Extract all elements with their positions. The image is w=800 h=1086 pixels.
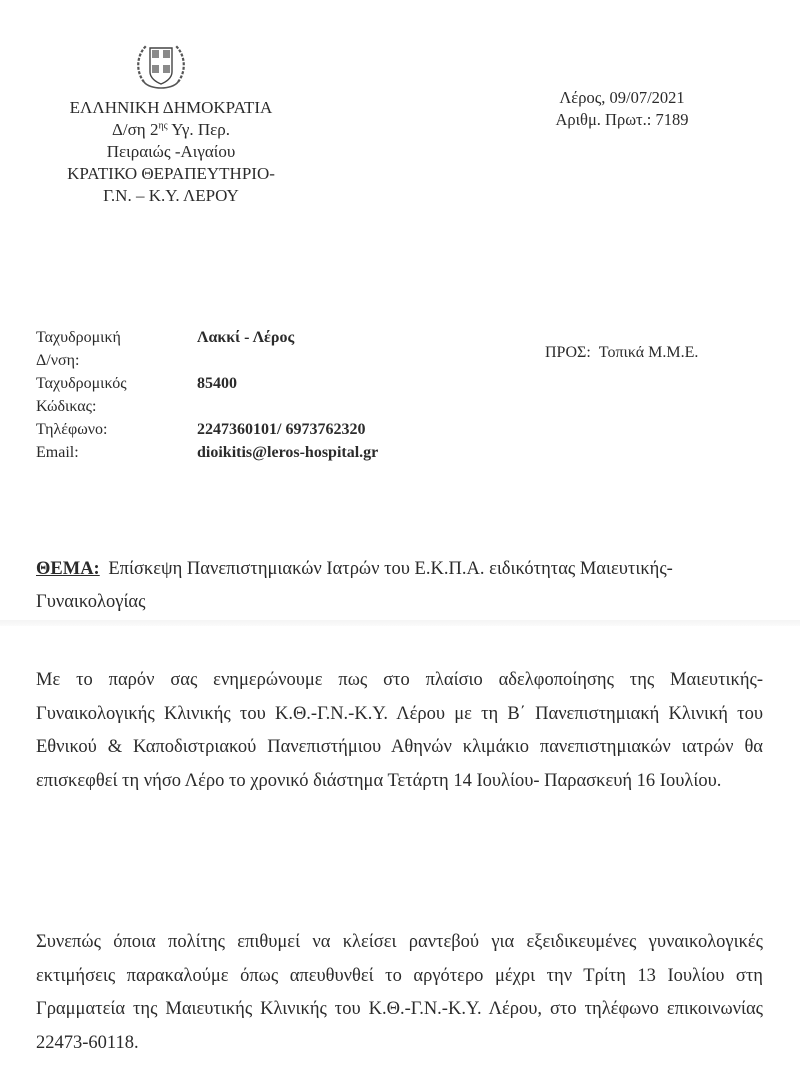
address-label-line1: Ταχυδρομική <box>36 329 121 346</box>
greek-coat-of-arms-icon <box>134 38 188 94</box>
issuer-block: ΕΛΛΗΝΙΚΗ ΔΗΜΟΚΡΑΤΙΑ Δ/ση 2ης Υγ. Περ. Πε… <box>40 97 302 207</box>
issuer-line-institution: ΚΡΑΤΙΚΟ ΘΕΡΑΠΕΥΤΗΡΙΟ- <box>40 163 302 185</box>
issuer-line-directorate: Δ/ση 2ης Υγ. Περ. <box>40 119 302 141</box>
body-paragraph: Συνεπώς όποια πολίτης επιθυμεί να κλείσε… <box>36 926 763 1060</box>
subject: ΘΕΜΑ: Επίσκεψη Πανεπιστημιακών Ιατρών το… <box>36 553 762 619</box>
issuer-line-country: ΕΛΛΗΝΙΚΗ ΔΗΜΟΚΡΑΤΙΑ <box>40 97 302 119</box>
page-divider <box>0 620 800 626</box>
directorate-ordinal: ης <box>158 120 167 131</box>
issuer-line-region: Πειραιώς -Αιγαίου <box>40 141 302 163</box>
email-link[interactable]: dioikitis@leros-hospital.gr <box>197 441 378 464</box>
contact-label: Τηλέφωνο: <box>36 418 186 441</box>
document-meta: Λέρος, 09/07/2021 Αριθμ. Πρωτ.: 7189 <box>532 87 712 131</box>
subject-text: Επίσκεψη Πανεπιστημιακών Ιατρών του Ε.Κ.… <box>36 559 673 612</box>
recipient-label: ΠΡΟΣ: <box>545 344 591 361</box>
contact-value: 85400 <box>197 372 237 395</box>
issuer-line-hospital: Γ.Ν. – Κ.Υ. ΛΕΡΟΥ <box>40 185 302 207</box>
contact-label: Κώδικας: <box>36 395 186 418</box>
contact-label: Δ/νση: <box>36 349 186 372</box>
contact-label: Ταχυδρομική <box>36 326 186 349</box>
contact-label: Ταχυδρομικός <box>36 372 186 395</box>
place-date: Λέρος, 09/07/2021 <box>532 87 712 109</box>
recipient-value: Τοπικά Μ.Μ.Ε. <box>599 344 699 361</box>
contact-value: Λακκί - Λέρος <box>197 326 294 349</box>
subject-label: ΘΕΜΑ: <box>36 559 100 579</box>
recipient: ΠΡΟΣ:Τοπικά Μ.Μ.Ε. <box>545 342 698 364</box>
contact-label: Email: <box>36 441 186 464</box>
contact-value: 2247360101/ 6973762320 <box>197 418 365 441</box>
directorate-prefix: Δ/ση 2 <box>112 120 158 139</box>
protocol-number: Αριθμ. Πρωτ.: 7189 <box>532 109 712 131</box>
body-paragraph: Με το παρόν σας ενημερώνουμε πως στο πλα… <box>36 664 763 798</box>
directorate-suffix: Υγ. Περ. <box>168 120 230 139</box>
